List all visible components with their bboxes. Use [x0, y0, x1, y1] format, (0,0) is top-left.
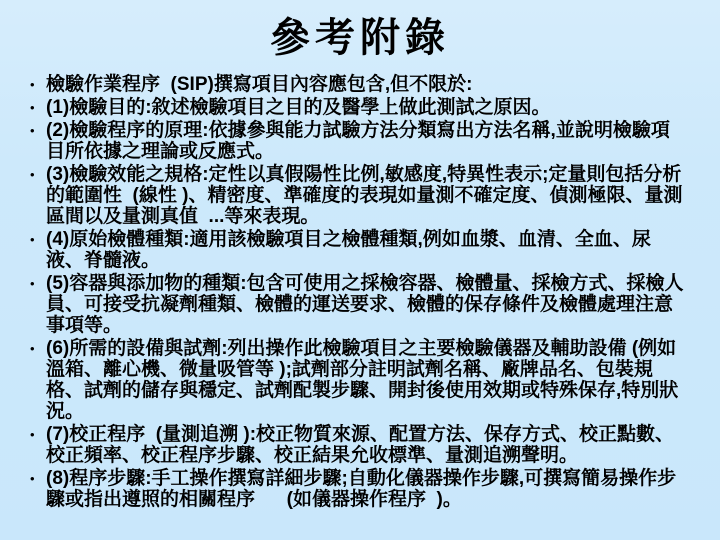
presentation-slide: 參考附錄 • 檢驗作業程序 (SIP)撰寫項目內容應包含,但不限於: • (1)… — [0, 0, 720, 540]
slide-title: 參考附錄 — [0, 0, 720, 62]
bullet-text-6: (5)容器與添加物的種類:包含可使用之採檢容器、檢體量、採檢方式、採檢人員、可接… — [46, 273, 688, 336]
bullet-item-3: • (2)檢驗程序的原理:依據參與能力試驗方法分類寫出方法名稱,並說明檢驗項目所… — [28, 120, 688, 162]
bullet-icon: • — [28, 74, 46, 95]
bullet-text-9: (8)程序步驟:手工操作撰寫詳細步驟;自動化儀器操作步驟,可撰寫簡易操作步驟或指… — [46, 468, 688, 510]
bullet-list: • 檢驗作業程序 (SIP)撰寫項目內容應包含,但不限於: • (1)檢驗目的:… — [0, 74, 720, 510]
bullet-icon: • — [28, 338, 46, 359]
bullet-item-6: • (5)容器與添加物的種類:包含可使用之採檢容器、檢體量、採檢方式、採檢人員、… — [28, 273, 688, 336]
bullet-text-7: (6)所需的設備與試劑:列出操作此檢驗項目之主要檢驗儀器及輔助設備 (例如溫箱、… — [46, 338, 688, 422]
bullet-icon: • — [28, 164, 46, 185]
bullet-item-1: • 檢驗作業程序 (SIP)撰寫項目內容應包含,但不限於: — [28, 74, 688, 95]
bullet-item-4: • (3)檢驗效能之規格:定性以真假陽性比例,敏感度,特異性表示;定量則包括分析… — [28, 164, 688, 227]
bullet-item-7: • (6)所需的設備與試劑:列出操作此檢驗項目之主要檢驗儀器及輔助設備 (例如溫… — [28, 338, 688, 422]
bullet-text-8: (7)校正程序 (量測追溯 ):校正物質來源、配置方法、保存方式、校正點數、校正… — [46, 424, 688, 466]
bullet-text-1: 檢驗作業程序 (SIP)撰寫項目內容應包含,但不限於: — [46, 74, 688, 95]
bullet-item-5: • (4)原始檢體種類:適用該檢驗項目之檢體種類,例如血漿、血清、全血、尿液、脊… — [28, 229, 688, 271]
bullet-text-2: (1)檢驗目的:敘述檢驗項目之目的及醫學上做此測試之原因。 — [46, 97, 688, 118]
bullet-icon: • — [28, 468, 46, 489]
bullet-text-3: (2)檢驗程序的原理:依據參與能力試驗方法分類寫出方法名稱,並說明檢驗項目所依據… — [46, 120, 688, 162]
bullet-item-8: • (7)校正程序 (量測追溯 ):校正物質來源、配置方法、保存方式、校正點數、… — [28, 424, 688, 466]
bullet-icon: • — [28, 97, 46, 118]
bullet-text-4: (3)檢驗效能之規格:定性以真假陽性比例,敏感度,特異性表示;定量則包括分析的範… — [46, 164, 688, 227]
bullet-icon: • — [28, 424, 46, 445]
bullet-item-9: • (8)程序步驟:手工操作撰寫詳細步驟;自動化儀器操作步驟,可撰寫簡易操作步驟… — [28, 468, 688, 510]
bullet-item-2: • (1)檢驗目的:敘述檢驗項目之目的及醫學上做此測試之原因。 — [28, 97, 688, 118]
bullet-text-5: (4)原始檢體種類:適用該檢驗項目之檢體種類,例如血漿、血清、全血、尿液、脊髓液… — [46, 229, 688, 271]
bullet-icon: • — [28, 273, 46, 294]
bullet-icon: • — [28, 120, 46, 141]
bullet-icon: • — [28, 229, 46, 250]
